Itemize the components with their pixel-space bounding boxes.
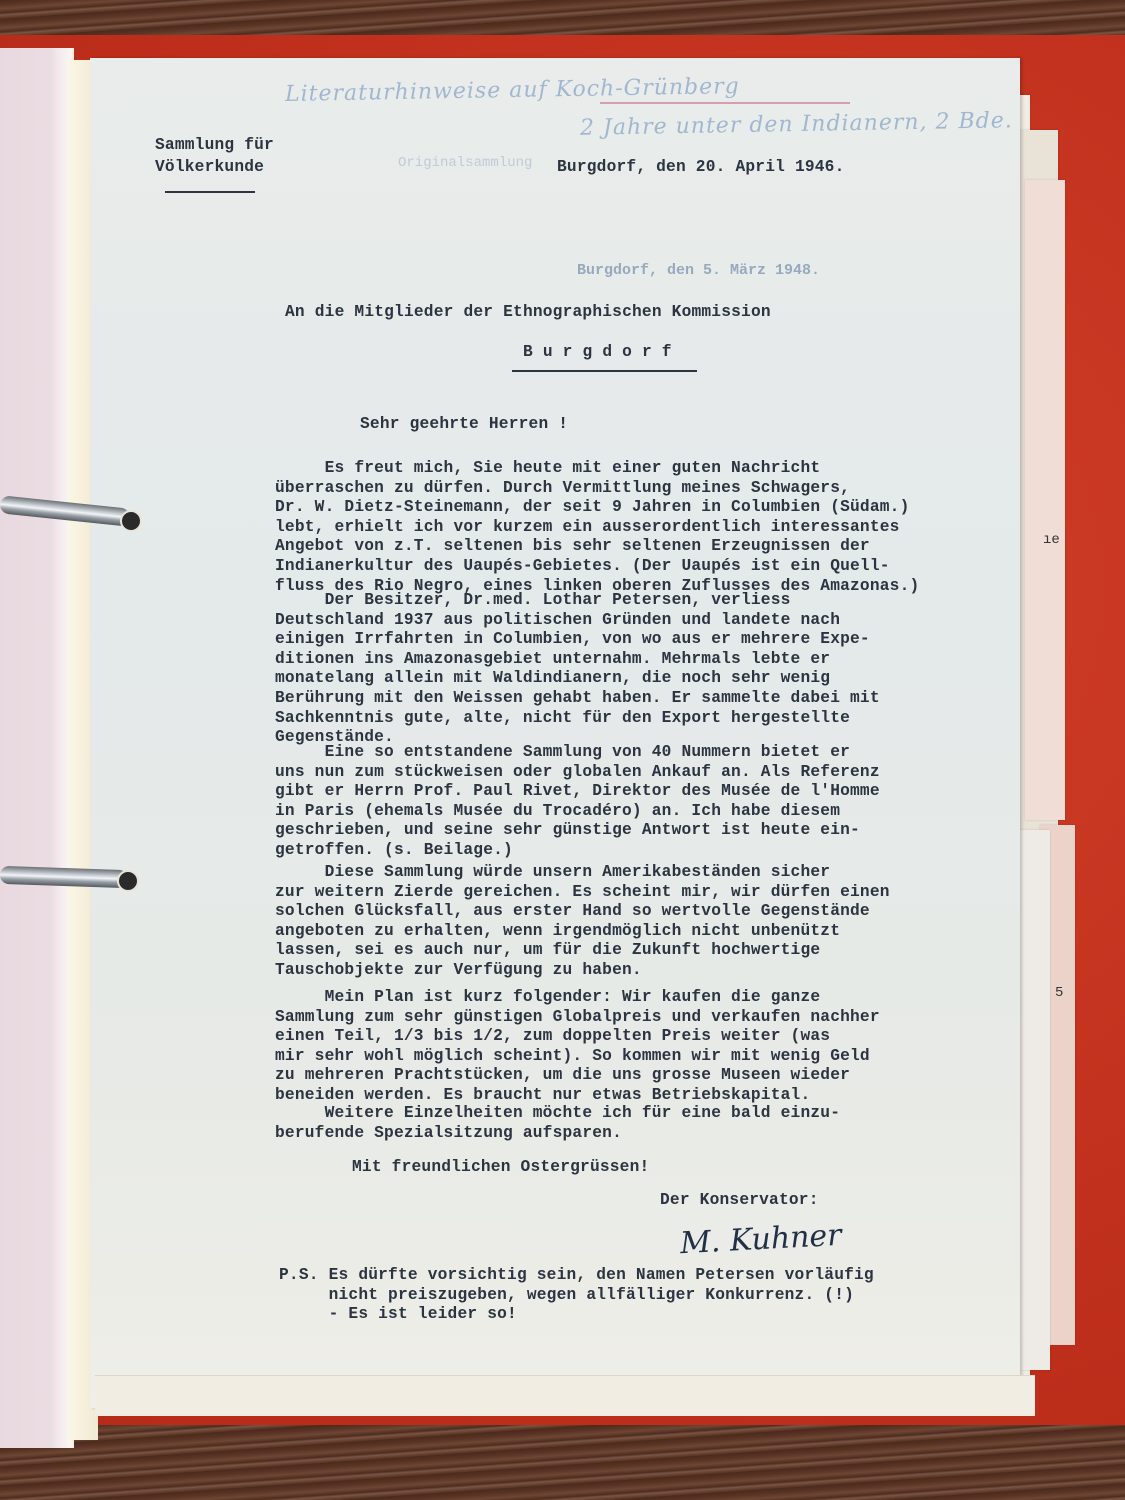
side-mark-upper: ıe (1043, 532, 1060, 548)
facing-page-left (0, 48, 74, 1448)
body-line: gibt er Herrn Prof. Paul Rivet, Direktor… (275, 781, 880, 801)
sender-underline (165, 191, 255, 193)
body-line: mir sehr wohl möglich scheint). So komme… (275, 1046, 870, 1066)
body-line: überraschen zu dürfen. Durch Vermittlung… (275, 478, 850, 498)
body-line: monatelang allein mit Waldindianern, die… (275, 668, 830, 688)
letter-date: Burgdorf, den 20. April 1946. (557, 157, 845, 177)
postscript-line: nicht preiszugeben, wegen allfälliger Ko… (279, 1285, 854, 1305)
body-line: Sachkenntnis gute, alte, nicht für den E… (275, 708, 850, 728)
side-mark-lower: 5 (1055, 985, 1063, 1001)
sender-line1: Sammlung für (155, 135, 274, 155)
body-line: zur weitern Zierde gereichen. Es scheint… (275, 882, 890, 902)
signatory-title: Der Konservator: (660, 1190, 819, 1210)
body-line: in Paris (ehemals Musée du Trocadéro) an… (275, 801, 840, 821)
closing: Mit freundlichen Ostergrüssen! (352, 1157, 649, 1177)
body-line: einigen Irrfahrten in Columbien, von wo … (275, 629, 870, 649)
body-line: lassen, sei es auch nur, um für die Zuku… (275, 940, 820, 960)
salutation: Sehr geehrte Herren ! (360, 414, 568, 434)
body-line: Dr. W. Dietz-Steinemann, der seit 9 Jahr… (275, 497, 910, 517)
letter-page (90, 58, 1020, 1408)
postscript-line: P.S. Es dürfte vorsichtig sein, den Name… (279, 1265, 874, 1285)
body-line: geschrieben, und seine sehr günstige Ant… (275, 820, 860, 840)
body-line: zu mehreren Prachtstücken, um die uns gr… (275, 1065, 850, 1085)
show-through-text: Originalsammlung (398, 155, 532, 171)
body-line: berufende Spezialsitzung aufsparen. (275, 1123, 622, 1143)
punch-hole (120, 510, 142, 532)
handwritten-underline (600, 102, 850, 104)
place-underline (512, 370, 697, 372)
recipient: An die Mitglieder der Ethnographischen K… (285, 302, 771, 322)
body-line: Tauschobjekte zur Verfügung zu haben. (275, 960, 642, 980)
stacked-sheet (1025, 180, 1065, 820)
place-heading: B u r g d o r f (523, 342, 672, 362)
body-line: Diese Sammlung würde unsern Amerikabestä… (275, 862, 830, 882)
body-line: Angebot von z.T. seltenen bis sehr selte… (275, 536, 870, 556)
body-line: Eine so entstandene Sammlung von 40 Numm… (275, 742, 850, 762)
body-line: Mein Plan ist kurz folgender: Wir kaufen… (275, 987, 820, 1007)
postscript-line: - Es ist leider so! (279, 1304, 517, 1324)
body-line: uns nun zum stückweisen oder globalen An… (275, 762, 880, 782)
show-through-date: Burgdorf, den 5. März 1948. (577, 262, 820, 279)
body-line: Es freut mich, Sie heute mit einer guten… (275, 458, 820, 478)
body-line: solchen Glücksfall, aus erster Hand so w… (275, 901, 870, 921)
body-line: Berührung mit den Weissen gehabt haben. … (275, 688, 880, 708)
body-line: angeboten zu erhalten, wenn irgendmöglic… (275, 921, 840, 941)
body-line: ditionen ins Amazonasgebiet unternahm. M… (275, 649, 830, 669)
body-line: getroffen. (s. Beilage.) (275, 840, 513, 860)
body-line: Weitere Einzelheiten möchte ich für eine… (275, 1103, 840, 1123)
sender-line2: Völkerkunde (155, 157, 264, 177)
body-line: Sammlung zum sehr günstigen Globalpreis … (275, 1007, 880, 1027)
body-line: Deutschland 1937 aus politischen Gründen… (275, 610, 840, 630)
punch-hole (117, 870, 139, 892)
body-line: Der Besitzer, Dr.med. Lothar Petersen, v… (275, 590, 791, 610)
body-line: lebt, erhielt ich vor kurzem ein aussero… (275, 517, 900, 537)
body-line: Indianerkultur des Uaupés-Gebietes. (Der… (275, 556, 890, 576)
page-stack-bottom (95, 1375, 1035, 1416)
body-line: einen Teil, 1/3 bis 1/2, zum doppelten P… (275, 1026, 830, 1046)
